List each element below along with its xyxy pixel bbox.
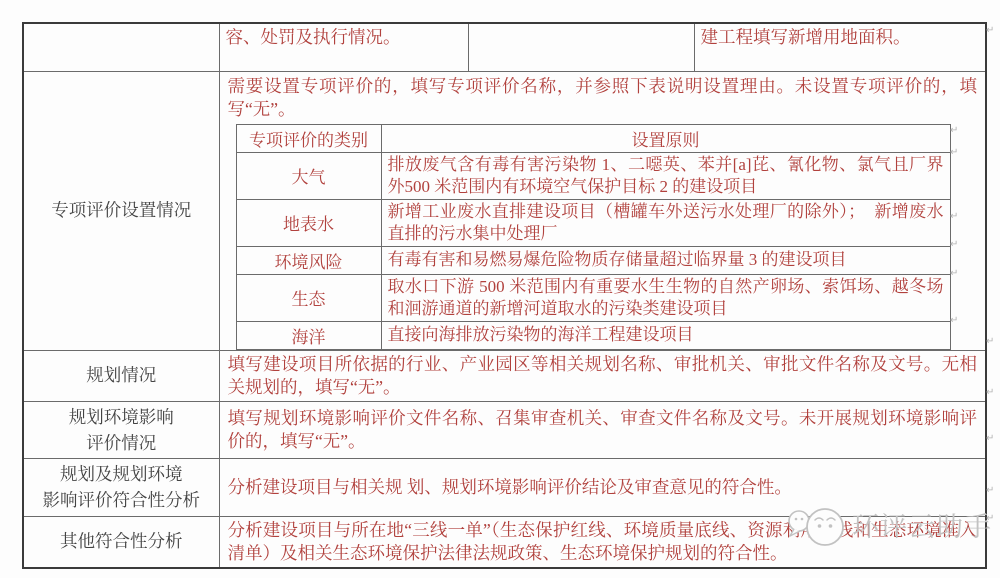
line-end-mark: ↵ — [950, 269, 958, 279]
line-end-mark: ↵ — [950, 212, 958, 222]
row-label-special-evaluation: 专项评价设置情况 — [23, 71, 219, 350]
principle-ocean: 直接向海排放污染物的海洋工程建设项目 — [381, 321, 950, 349]
category-ocean: 海洋 — [236, 321, 381, 349]
table-row-special-evaluation: 专项评价设置情况 需要设置专项评价的，填写专项评价名称，并参照下表说明设置理由。… — [23, 71, 986, 350]
principle-environmental-risk: 有毒有害和易燃易爆危险物质存储量超过临界量 3 的建设项目 — [381, 246, 950, 274]
special-table-header-row: 专项评价的类别 设置原则 — [236, 124, 950, 152]
special-evaluation-intro: 需要设置专项评价的，填写专项评价名称，并参照下表说明设置理由。未设置专项评价的，… — [228, 75, 978, 121]
watermark: 环评云助手 — [786, 498, 992, 550]
category-ecology: 生态 — [236, 274, 381, 321]
special-row-environmental-risk: 环境风险 有毒有害和易燃易爆危险物质存储量超过临界量 3 的建设项目 — [236, 246, 950, 274]
row-label-conformity-analysis: 规划及规划环境 影响评价符合性分析 — [23, 459, 219, 517]
category-surface-water: 地表水 — [236, 199, 381, 246]
document-page: 容、处罚及执行情况。 建工程填写新增用地面积。 专项评价设置情况 需要设置专项评… — [0, 0, 1000, 578]
row-label-planning-eia: 规划环境影响 评价情况 — [23, 401, 219, 459]
special-row-surface-water: 地表水 新增工业废水直排建设项目（槽罐车外送污水处理厂的除外）； 新增废水直排的… — [236, 199, 950, 246]
line-end-mark: ↵ — [986, 388, 994, 398]
special-evaluation-table: 专项评价的类别 设置原则 大气 排放废气含有毒有害污染物 1、二噁英、苯并[a]… — [236, 124, 951, 350]
line-end-mark: ↵ — [950, 148, 958, 158]
line-end-mark: ↵ — [986, 337, 994, 347]
line-end-mark: ↵ — [986, 434, 994, 444]
special-header-principle: 设置原则 — [381, 124, 950, 152]
special-header-category: 专项评价的类别 — [236, 124, 381, 152]
principle-ecology: 取水口下游 500 米范围内有重要水生生物的自然产卵场、索饵场、越冬场和洄游通道… — [381, 274, 950, 321]
table-row: 容、处罚及执行情况。 建工程填写新增用地面积。 — [23, 23, 986, 71]
top-row-cell-1 — [23, 23, 219, 71]
top-row-cell-4: 建工程填写新增用地面积。 — [694, 23, 986, 71]
top-row-cell-2: 容、处罚及执行情况。 — [219, 23, 468, 71]
category-environmental-risk: 环境风险 — [236, 246, 381, 274]
line-end-mark: ↵ — [986, 26, 994, 36]
row-content-planning-eia: 填写规划环境影响评价文件名称、召集审查机关、审查文件名称及文号。未开展规划环境影… — [219, 401, 986, 459]
line-end-mark: ↵ — [950, 316, 958, 326]
top-row-cell-3 — [468, 23, 694, 71]
special-row-ocean: 海洋 直接向海排放污染物的海洋工程建设项目 — [236, 321, 950, 349]
row-content-planning: 填写建设项目所依据的行业、产业园区等相关规划名称、审批机关、审批文件名称及文号。… — [219, 350, 986, 401]
category-air: 大气 — [236, 152, 381, 199]
special-row-ecology: 生态 取水口下游 500 米范围内有重要水生生物的自然产卵场、索饵场、越冬场和洄… — [236, 274, 950, 321]
line-end-mark: ↵ — [950, 240, 958, 250]
row-label-other-conformity: 其他符合性分析 — [23, 516, 219, 568]
row-label-planning: 规划情况 — [23, 350, 219, 401]
special-evaluation-cell: 需要设置专项评价的，填写专项评价名称，并参照下表说明设置理由。未设置专项评价的，… — [219, 71, 986, 350]
principle-air: 排放废气含有毒有害污染物 1、二噁英、苯并[a]芘、氰化物、氯气且厂界外500 … — [381, 152, 950, 199]
line-end-mark: ↵ — [986, 486, 994, 496]
document-table: 容、处罚及执行情况。 建工程填写新增用地面积。 专项评价设置情况 需要设置专项评… — [22, 22, 987, 569]
principle-surface-water: 新增工业废水直排建设项目（槽罐车外送污水处理厂的除外）； 新增废水直排的污水集中… — [381, 199, 950, 246]
watermark-text: 环评云助手 — [852, 505, 992, 544]
table-row-planning-eia: 规划环境影响 评价情况 填写规划环境影响评价文件名称、召集审查机关、审查文件名称… — [23, 401, 986, 459]
line-end-mark: ↵ — [950, 126, 958, 136]
cloud-assistant-logo-icon — [786, 498, 848, 550]
table-row-planning: 规划情况 填写建设项目所依据的行业、产业园区等相关规划名称、审批机关、审批文件名… — [23, 350, 986, 401]
special-row-air: 大气 排放废气含有毒有害污染物 1、二噁英、苯并[a]芘、氰化物、氯气且厂界外5… — [236, 152, 950, 199]
